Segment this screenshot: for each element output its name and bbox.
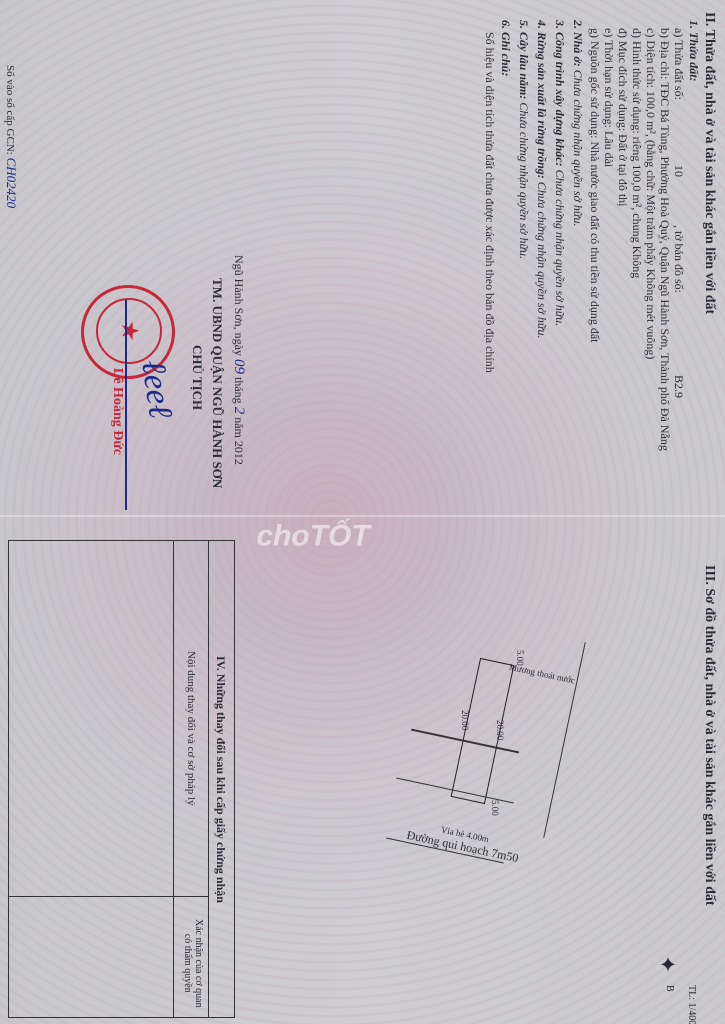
house-value: Chưa chứng nhận quyền sở hữu. (571, 70, 585, 227)
address-line: b) Địa chỉ: TĐC Bá Tùng, Phường Hoà Quý,… (657, 28, 672, 451)
place-date-label: Ngũ Hành Sơn, ngày (232, 255, 246, 356)
parcel-subheading: 1. Thửa đất: (686, 20, 701, 82)
signature-stroke (126, 300, 128, 510)
chotot-watermark: choTỐT (256, 520, 369, 554)
north-arrow-icon: ✦ (654, 955, 680, 973)
north-label: B (664, 985, 675, 992)
section4-title: IV. Những thay đổi sau khi cấp giấy chứn… (213, 656, 228, 903)
stamp-star-icon: ★ (115, 320, 144, 342)
map-sheet-value: B2.9 (671, 375, 686, 398)
forest-value: Chưa chứng nhận quyền sở hữu. (535, 182, 549, 339)
perennial-value: Chưa chứng nhận quyền sở hữu. (517, 102, 531, 259)
registry-value: CH02420 (4, 158, 19, 209)
parcel-side-top: 5.00 (515, 650, 525, 666)
note-value: Số hiệu và diện tích thửa đất chưa được … (482, 32, 497, 373)
parcel-number-label: a) Thửa đất số: (671, 28, 686, 100)
usage-term-line: e) Thời hạn sử dụng: Lâu dài (601, 28, 616, 167)
year-label: năm 2012 (232, 417, 246, 465)
column-confirmation-line2: có thẩm quyền (182, 919, 193, 1008)
registry-label: Số vào sổ cấp GCN: (4, 65, 16, 155)
column-confirmation-line1: Xác nhận của cơ quan (193, 919, 204, 1008)
table-column-divider (9, 896, 209, 897)
table-header-divider (173, 541, 174, 1017)
parcel-side-bottom: 5.00 (490, 800, 500, 816)
usage-purpose-line: đ) Mục đích sử dụng: Đất ở tại đô thị (615, 28, 630, 207)
month-value: 2 (231, 407, 247, 415)
other-construction-value: Chưa chứng nhận quyền sở hữu. (553, 170, 567, 327)
map-sheet-label: , tờ bản đồ số: (671, 225, 686, 293)
table-title-divider (208, 541, 209, 1017)
forest-label: 4. Rừng sản xuất là rừng trồng: (535, 20, 549, 179)
parcel-side-right: 20.00 (460, 710, 470, 730)
parcel-number-value: 10 (671, 165, 686, 177)
usage-origin-line: g) Nguồn gốc sử dụng: Nhà nước giao đất … (587, 28, 602, 342)
parcel-side-left: 20.00 (495, 720, 505, 740)
signature-scribble: ℓeeℓ (133, 358, 179, 421)
signing-org: TM. UBND QUẬN NGŨ HÀNH SƠN (209, 278, 225, 488)
signer-name: Lê Hoàng Đức (109, 368, 125, 455)
usage-form-line: d) Hình thức sử dụng: riêng 100,0 m², ch… (629, 28, 644, 278)
signer-title: CHỦ TỊCH (189, 345, 205, 410)
column-confirmation-header: Xác nhận của cơ quan có thẩm quyền (182, 919, 204, 1008)
rotated-document: II. Thửa đất, nhà ở và tài sản khác gắn … (0, 0, 725, 1024)
day-value: 09 (231, 359, 247, 374)
section2-title: II. Thửa đất, nhà ở và tài sản khác gắn … (701, 12, 717, 314)
house-label: 2. Nhà ở: (571, 20, 585, 67)
month-label: tháng (232, 377, 246, 404)
section3-title: III. Sơ đồ thửa đất, nhà ở và tài sản kh… (701, 565, 717, 906)
changes-table: IV. Những thay đổi sau khi cấp giấy chứn… (8, 540, 235, 1018)
note-label: 6. Ghi chú: (498, 20, 513, 76)
perennial-label: 5. Cây lâu năm: (517, 20, 531, 99)
area-line: c) Diện tích: 100,0 m², (bằng chữ: Một t… (643, 28, 658, 359)
map-scale: TL: 1/400 (686, 985, 697, 1024)
column-changes-header: Nội dung thay đổi và cơ sở pháp lý (185, 651, 197, 806)
other-construction-label: 3. Công trình xây dựng khác: (553, 20, 567, 167)
